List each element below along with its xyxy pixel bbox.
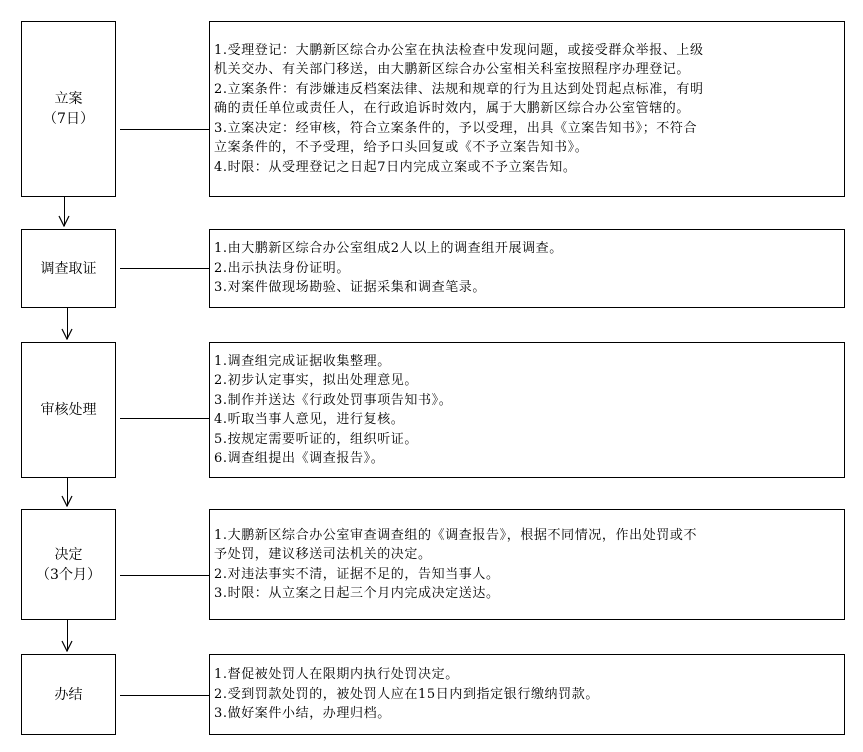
stage-box-register: 立案 （7日） xyxy=(21,21,116,197)
detail-line: 2.受到罚款处罚的，被处罚人应在15日内到指定银行缴纳罚款。 xyxy=(214,685,838,705)
detail-line: 3.时限：从立案之日起三个月内完成决定送达。 xyxy=(214,584,838,604)
detail-line: 1.督促被处罚人在限期内执行处罚决定。 xyxy=(214,665,838,685)
detail-line: 3.立案决定：经审核，符合立案条件的，予以受理，出具《立案告知书》；不符合 xyxy=(214,119,838,139)
detail-line: 6.调查组提出《调查报告》。 xyxy=(214,449,838,469)
detail-line: 2.对违法事实不清，证据不足的，告知当事人。 xyxy=(214,565,838,585)
detail-line: 2.出示执法身份证明。 xyxy=(214,259,838,279)
detail-line: 1.调查组完成证据收集整理。 xyxy=(214,352,838,372)
detail-line: 1.受理登记：大鹏新区综合办公室在执法检查中发现问题，或接受群众举报、上级 xyxy=(214,41,838,61)
stage-box-investigate: 调查取证 xyxy=(21,229,116,308)
detail-line: 立案条件的，不予受理，给予口头回复或《不予立案告知书》。 xyxy=(214,138,838,158)
connector-line xyxy=(120,418,209,419)
detail-box-register: 1.受理登记：大鹏新区综合办公室在执法检查中发现问题，或接受群众举报、上级 机关… xyxy=(209,21,845,197)
detail-box-close: 1.督促被处罚人在限期内执行处罚决定。 2.受到罚款处罚的，被处罚人应在15日内… xyxy=(209,654,845,735)
detail-line: 2.立案条件：有涉嫌违反档案法律、法规和规章的行为且达到处罚起点标准，有明 xyxy=(214,80,838,100)
detail-line: 2.初步认定事实，拟出处理意见。 xyxy=(214,371,838,391)
detail-line: 予处罚，建议移送司法机关的决定。 xyxy=(214,545,838,565)
detail-box-decide: 1.大鹏新区综合办公室审查调查组的《调查报告》，根据不同情况，作出处罚或不 予处… xyxy=(209,509,845,620)
detail-line: 4.听取当事人意见，进行复核。 xyxy=(214,410,838,430)
detail-line: 3.对案件做现场勘验、证据采集和调查笔录。 xyxy=(214,278,838,298)
stage-box-decide: 决定 （3个月） xyxy=(21,509,116,620)
stage-title: 审核处理 xyxy=(41,400,97,420)
detail-line: 5.按规定需要听证的，组织听证。 xyxy=(214,430,838,450)
stage-title: 决定 xyxy=(55,545,83,565)
detail-line: 确的责任单位或责任人，在行政追诉时效内，属于大鹏新区综合办公室管辖的。 xyxy=(214,99,838,119)
arrow-down-icon xyxy=(61,308,73,340)
arrow-down-icon xyxy=(61,478,73,507)
stage-box-review: 审核处理 xyxy=(21,342,116,478)
connector-line xyxy=(120,268,209,269)
connector-line xyxy=(120,129,209,130)
stage-title: 办结 xyxy=(55,685,83,705)
detail-line: 1.大鹏新区综合办公室审查调查组的《调查报告》，根据不同情况，作出处罚或不 xyxy=(214,526,838,546)
detail-line: 3.制作并送达《行政处罚事项告知书》。 xyxy=(214,391,838,411)
stage-title: 立案 xyxy=(55,89,83,109)
stage-duration: （7日） xyxy=(43,109,94,129)
detail-line: 3.做好案件小结，办理归档。 xyxy=(214,704,838,724)
detail-box-investigate: 1.由大鹏新区综合办公室组成2人以上的调查组开展调查。 2.出示执法身份证明。 … xyxy=(209,229,845,308)
detail-line: 1.由大鹏新区综合办公室组成2人以上的调查组开展调查。 xyxy=(214,239,838,259)
arrow-down-icon xyxy=(58,197,70,227)
arrow-down-icon xyxy=(61,620,73,652)
stage-title: 调查取证 xyxy=(41,259,97,279)
detail-box-review: 1.调查组完成证据收集整理。 2.初步认定事实，拟出处理意见。 3.制作并送达《… xyxy=(209,342,845,478)
detail-line: 4.时限：从受理登记之日起7日内完成立案或不予立案告知。 xyxy=(214,158,838,178)
stage-duration: （3个月） xyxy=(36,565,101,585)
connector-line xyxy=(120,575,209,576)
stage-box-close: 办结 xyxy=(21,654,116,735)
detail-line: 机关交办、有关部门移送，由大鹏新区综合办公室相关科室按照程序办理登记。 xyxy=(214,60,838,80)
connector-line xyxy=(120,695,209,696)
